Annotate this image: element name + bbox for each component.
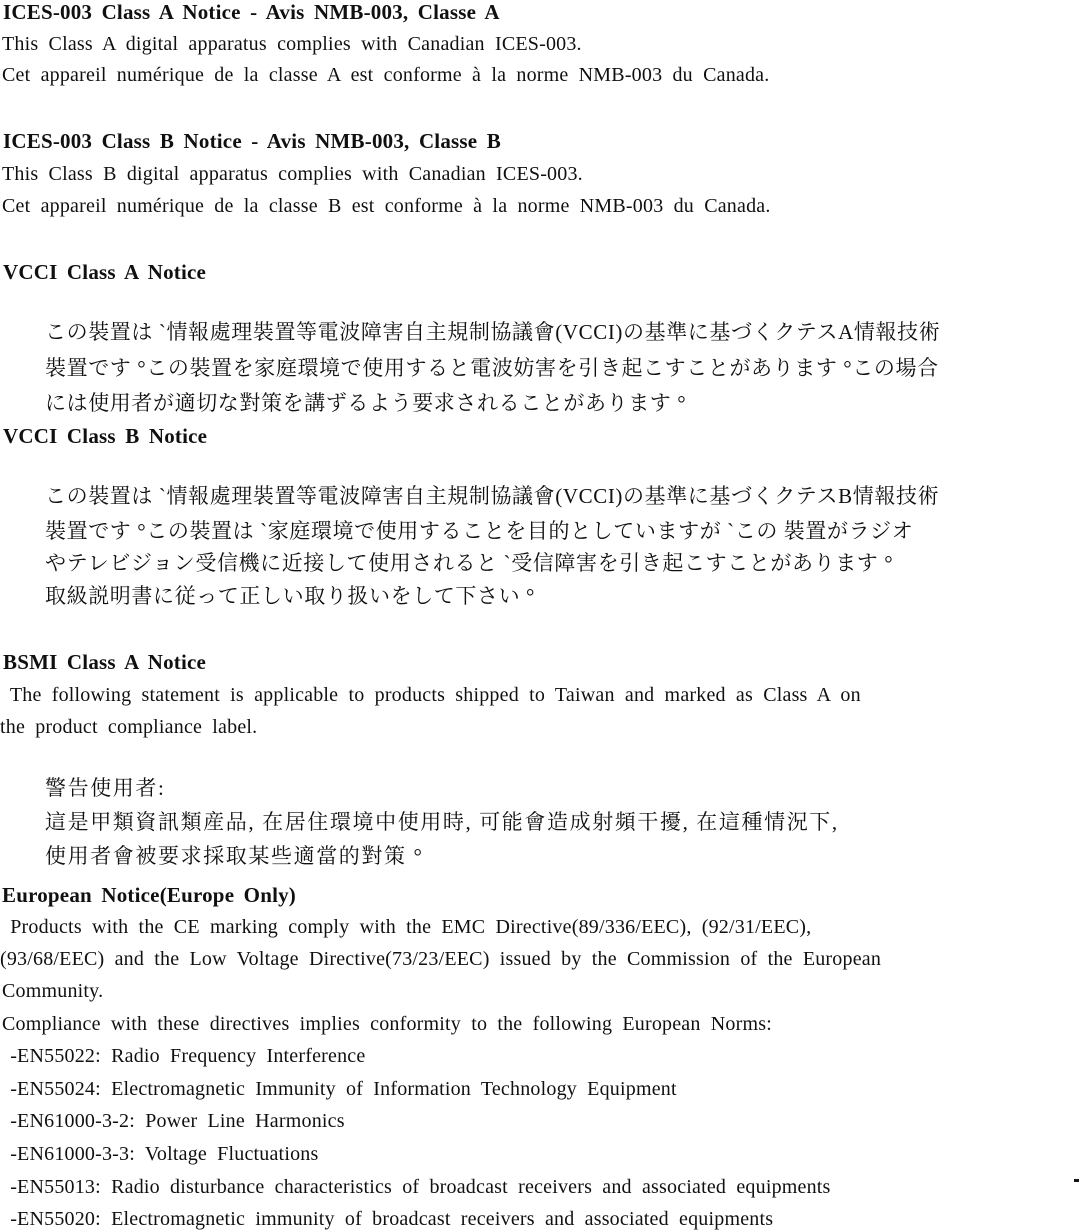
european-para-line-1: Products with the CE marking comply with…	[0, 917, 811, 937]
ices-a-line-1: This Class A digital apparatus complies …	[2, 34, 582, 54]
european-para-line-3: Community.	[2, 981, 103, 1001]
ices-a-line-2: Cet appareil numérique de la classe A es…	[2, 65, 769, 85]
vcci-a-jp-line-2: 裝置です °この裝置を家庭環境で使用すると電波妨害を引き起こすことがあります °…	[45, 358, 939, 379]
scanned-regulatory-notice-page: ICES-003 Class A Notice - Avis NMB-003, …	[0, 0, 1080, 1231]
vcci-a-jp-line-3: には使用者が適切な對策を講ずるよう要求されることがあります °	[45, 393, 686, 414]
bsmi-a-cn-line-2: 這是甲類資訊類産品, 在居住環境中使用時, 可能會造成射頻干擾, 在這種情況下,	[45, 812, 839, 833]
european-std-en55022: -EN55022: Radio Frequency Interference	[0, 1046, 365, 1066]
bsmi-a-cn-line-1: 警告使用者:	[45, 778, 165, 799]
vcci-b-jp-line-1: この裝置は `情報處理裝置等電波障害自主規制協議會(VCCI)の基準に基づくクテ…	[45, 486, 939, 507]
european-std-en61000-3-2: -EN61000-3-2: Power Line Harmonics	[0, 1111, 345, 1131]
european-heading: European Notice(Europe Only)	[2, 885, 296, 906]
vcci-a-heading: VCCI Class A Notice	[3, 262, 206, 283]
european-std-en55020: -EN55020: Electromagnetic immunity of br…	[0, 1209, 773, 1229]
ices-b-line-1: This Class B digital apparatus complies …	[2, 164, 583, 184]
european-std-en55024: -EN55024: Electromagnetic Immunity of In…	[0, 1079, 677, 1099]
bsmi-a-heading: BSMI Class A Notice	[3, 652, 206, 673]
scan-speck	[1074, 1179, 1079, 1182]
european-para-line-2: (93/68/EEC) and the Low Voltage Directiv…	[0, 949, 881, 969]
european-std-en55013: -EN55013: Radio disturbance characterist…	[0, 1177, 831, 1197]
bsmi-a-cn-line-3: 使用者會被要求採取某些適當的對策 °	[45, 846, 423, 867]
bsmi-a-line-2: the product compliance label.	[0, 717, 257, 737]
vcci-b-jp-line-4: 取級説明書に従って正しい取り扱いをして下さい °	[45, 586, 535, 607]
ices-b-heading: ICES-003 Class B Notice - Avis NMB-003, …	[3, 131, 501, 152]
vcci-a-jp-line-1: この裝置は `情報處理裝置等電波障害自主規制協議會(VCCI)の基準に基づくクテ…	[45, 322, 940, 343]
ices-b-line-2: Cet appareil numérique de la classe B es…	[2, 196, 771, 216]
ices-a-heading: ICES-003 Class A Notice - Avis NMB-003, …	[3, 2, 500, 23]
european-compliance-line: Compliance with these directives implies…	[2, 1014, 772, 1034]
european-std-en61000-3-3: -EN61000-3-3: Voltage Fluctuations	[0, 1144, 318, 1164]
vcci-b-heading: VCCI Class B Notice	[3, 426, 207, 447]
vcci-b-jp-line-3: やテレビジョン受信機に近接して使用されると `受信障害を引き起こすことがあります…	[45, 553, 893, 574]
vcci-b-jp-line-2: 裝置です °この裝置は `家庭環境で使用することを目的としていますが `この 裝…	[45, 521, 913, 542]
bsmi-a-line-1: The following statement is applicable to…	[0, 685, 861, 705]
